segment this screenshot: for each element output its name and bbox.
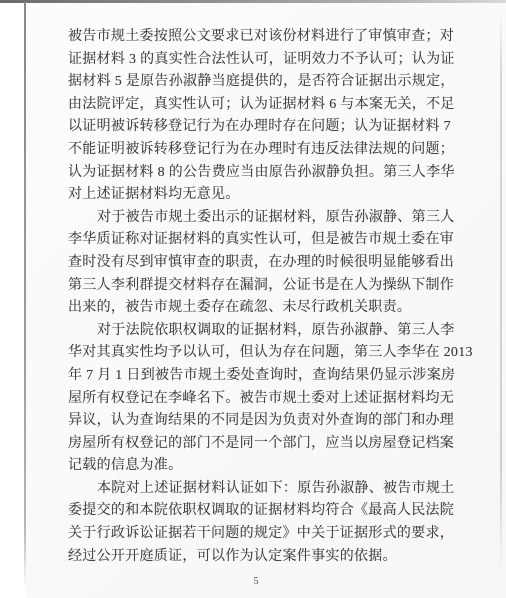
- text-line: 出来的，被告市规土委存在疏忽、未尽行政机关职责。: [68, 297, 462, 320]
- text-line: 年 7 月 1 日到被告市规土委处查询时，查询结果仍显示涉案房: [68, 365, 462, 388]
- page-number: 5: [68, 576, 444, 587]
- text-line: 华对其真实性均予以认可，但认为存在问题，第三人李华在 2013: [68, 342, 462, 365]
- text-line: 对上述证据材料均无意见。: [68, 184, 462, 207]
- text-line: 关于行政诉讼证据若干问题的规定》中关于证据形式的要求，: [68, 523, 462, 546]
- scan-top-edge-line: [0, 0, 506, 3]
- text-line: 查时没有尽到审慎审查的职责，在办理的时候很明显能够看出: [68, 252, 462, 275]
- page-right-edge-line: [500, 10, 502, 572]
- text-line: 第三人李利群提交材料存在漏洞，公证书是在人为操纵下制作: [68, 275, 462, 298]
- text-line: 异议，认为查询结果的不同是因为负责对外查询的部门和办理: [68, 410, 462, 433]
- text-line: 由法院评定，真实性认可；认为证据材料 6 与本案无关，不足: [68, 94, 462, 117]
- text-line-paragraph-start: 对于被告市规土委出示的证据材料，原告孙淑静、第三人: [68, 207, 462, 230]
- text-line: 经过公开开庭质证，可以作为认定案件事实的依据。: [68, 546, 462, 569]
- page-left-fold-line: [24, 2, 26, 590]
- document-text: 被告市规土委按照公文要求已对该份材料进行了审慎审查；对 证据材料 3 的真实性合…: [68, 26, 462, 568]
- text-line: 以证明被诉转移登记行为在办理时存在问题；认为证据材料 7: [68, 116, 462, 139]
- text-line: 屋所有权登记在李峰名下。被告市规土委对上述证据材料均无: [68, 388, 462, 411]
- text-line: 被告市规土委按照公文要求已对该份材料进行了审慎审查；对: [68, 26, 462, 49]
- text-line: 认为证据材料 8 的公告费应当由原告孙淑静负担。第三人李华: [68, 162, 462, 185]
- text-line: 李华质证称对证据材料的真实性认可，但是被告市规土委在审: [68, 229, 462, 252]
- text-line: 不能证明被诉转移登记行为在办理时有违反法律法规的问题；: [68, 139, 462, 162]
- text-line: 委提交的和本院依职权调取的证据材料均符合《最高人民法院: [68, 500, 462, 523]
- text-line-paragraph-start: 本院对上述证据材料认证如下：原告孙淑静、被告市规土: [68, 478, 462, 501]
- text-line: 证据材料 3 的真实性合法性认可，证明效力不予认可；认为证: [68, 49, 462, 72]
- text-line: 记载的信息为准。: [68, 455, 462, 478]
- text-line: 房屋所有权登记的部门不是同一个部门，应当以房屋登记档案: [68, 433, 462, 456]
- text-line: 据材料 5 是原告孙淑静当庭提供的，是否符合证据出示规定，: [68, 71, 462, 94]
- text-line-paragraph-start: 对于法院依职权调取的证据材料，原告孙淑静、第三人李: [68, 320, 462, 343]
- scan-page: 被告市规土委按照公文要求已对该份材料进行了审慎审查；对 证据材料 3 的真实性合…: [0, 0, 506, 598]
